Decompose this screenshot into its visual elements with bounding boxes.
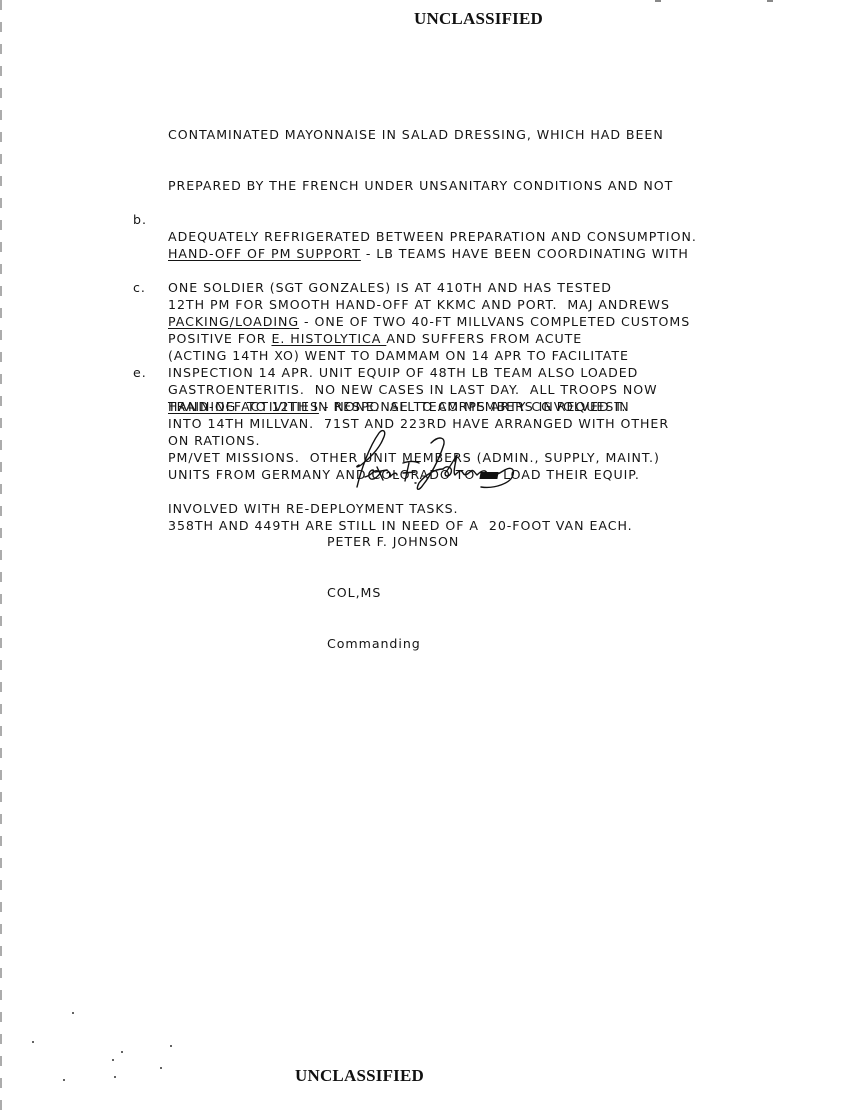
classification-footer: UNCLASSIFIED — [295, 1066, 424, 1086]
signer-title: Commanding — [327, 635, 459, 652]
signer-name: PETER F. JOHNSON — [327, 533, 459, 550]
text-line: PACKING/LOADING - ONE OF TWO 40-FT MILLV… — [168, 313, 690, 330]
section-heading: PACKING/LOADING — [168, 314, 299, 329]
text-fragment: - ONE OF TWO 40-FT MILLVANS COMPLETED CU… — [299, 314, 690, 329]
text-line: HAND-OFF OF PM SUPPORT - LB TEAMS HAVE B… — [168, 245, 689, 262]
scan-left-edge-artifact — [0, 0, 2, 1111]
section-c-packing-loading: c. PACKING/LOADING - ONE OF TWO 40-FT MI… — [133, 279, 143, 330]
signer-rank: COL,MS — [327, 584, 459, 601]
section-heading: HAND-OFF OF PM SUPPORT — [168, 246, 361, 261]
item-marker: e. — [133, 364, 147, 381]
text-fragment: - LB TEAMS HAVE BEEN COORDINATING WITH — [361, 246, 689, 261]
item-marker: b. — [133, 211, 147, 228]
text-fragment: - NONE. ALL TEAM MEMBERS INVOLVED IN — [319, 399, 630, 414]
handwritten-signature — [335, 425, 525, 500]
classification-header: UNCLASSIFIED — [414, 9, 543, 29]
text-line: PREPARED BY THE FRENCH UNDER UNSANITARY … — [168, 177, 697, 194]
text-line: TRAINING ACTIVITIES - NONE. ALL TEAM MEM… — [168, 398, 660, 415]
item-marker: c. — [133, 279, 146, 296]
text-line: CONTAMINATED MAYONNAISE IN SALAD DRESSIN… — [168, 126, 697, 143]
signature-block: PETER F. JOHNSON COL,MS Commanding — [327, 499, 459, 669]
section-b-hand-off: b. HAND-OFF OF PM SUPPORT - LB TEAMS HAV… — [133, 211, 143, 262]
section-e-training: e. TRAINING ACTIVITIES - NONE. ALL TEAM … — [133, 364, 143, 415]
section-heading: TRAINING ACTIVITIES — [168, 399, 319, 414]
